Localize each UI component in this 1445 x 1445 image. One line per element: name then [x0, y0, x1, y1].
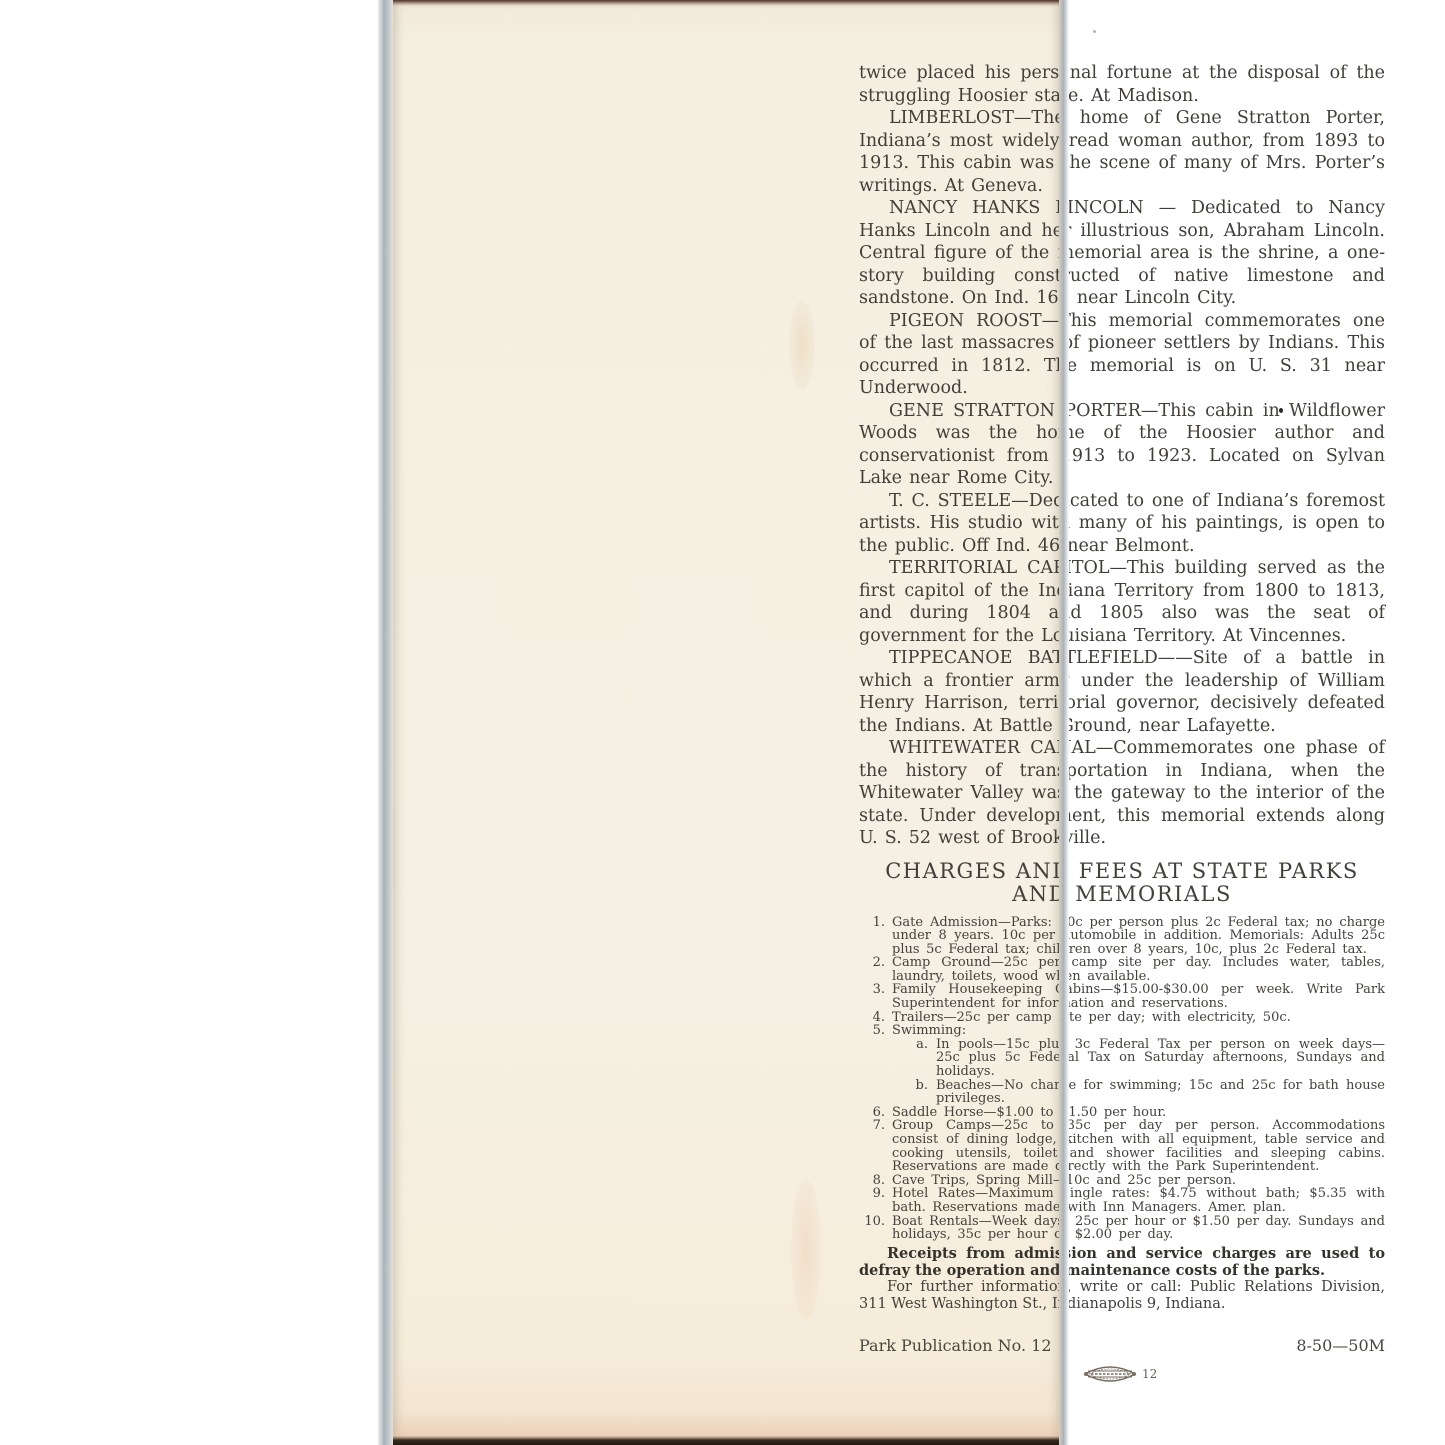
fee-item-text: Trailers—25c per camp site per day; with…: [892, 1011, 1385, 1025]
scan-speck: [1093, 30, 1096, 33]
document-page: twice placed his personal fortune at the…: [393, 0, 1059, 1445]
fee-subitem-pools: a. In pools—15c plus 3c Federal Tax per …: [914, 1038, 1385, 1079]
footer-print-code: 8-50—50M: [1296, 1336, 1385, 1355]
union-label-number: 12: [1142, 1367, 1157, 1381]
fee-item-housekeeping-cabins: 3. Family Housekeeping Cabins—$15.00-$30…: [864, 983, 1385, 1010]
fee-item-swimming: 5. Swimming:: [864, 1024, 1385, 1038]
fee-item-text: Family Housekeeping Cabins—$15.00-$30.00…: [892, 983, 1385, 1010]
memorial-paragraph: twice placed his personal fortune at the…: [859, 62, 1385, 107]
paper-top-edge: [393, 0, 1059, 6]
fee-item-text: Camp Ground—25c per camp site per day. I…: [892, 956, 1385, 983]
memorial-paragraph-whitewater-canal: WHITEWATER CANAL—Commemorates one phase …: [859, 737, 1385, 850]
memorial-paragraph-limberlost: LIMBERLOST—The home of Gene Stratton Por…: [859, 107, 1385, 197]
fee-item-hotel-rates: 9. Hotel Rates—Maximum single rates: $4.…: [864, 1187, 1385, 1214]
fee-item-text: Group Camps—25c to 35c per day per perso…: [892, 1119, 1385, 1173]
fee-subitem-letter: b.: [914, 1079, 936, 1106]
fees-heading: CHARGES AND FEES AT STATE PARKS AND MEMO…: [859, 860, 1385, 906]
paper-bottom-edge: [393, 1436, 1059, 1445]
fee-item-number: 7.: [864, 1119, 892, 1173]
fee-item-text: Gate Admission—Parks: 10c per person plu…: [892, 916, 1385, 957]
fee-item-number: 5.: [864, 1024, 892, 1038]
fee-item-group-camps: 7. Group Camps—25c to 35c per day per pe…: [864, 1119, 1385, 1173]
scanned-document-background: twice placed his personal fortune at the…: [0, 0, 1445, 1445]
receipts-note: Receipts from admission and service char…: [859, 1245, 1385, 1279]
memorial-paragraph-territorial-capitol: TERRITORIAL CAPITOL—This building served…: [859, 557, 1385, 647]
fee-item-number: 8.: [864, 1174, 892, 1188]
fee-subitem-text: Beaches—No charge for swimming; 15c and …: [936, 1079, 1385, 1106]
fee-item-text: Boat Rentals—Week days, 25c per hour or …: [892, 1215, 1385, 1242]
fee-item-camp-ground: 2. Camp Ground—25c per camp site per day…: [864, 956, 1385, 983]
fee-item-number: 6.: [864, 1106, 892, 1120]
scan-stain: [789, 300, 815, 390]
fees-heading-line2: AND MEMORIALS: [1012, 882, 1232, 906]
fee-item-text: Hotel Rates—Maximum single rates: $4.75 …: [892, 1187, 1385, 1214]
fee-item-number: 4.: [864, 1011, 892, 1025]
fee-item-number: 10.: [864, 1215, 892, 1242]
paper-right-shadow: [1059, 0, 1069, 1445]
paper-bottom-tint: [393, 1413, 1059, 1437]
memorial-paragraph-tc-steele: T. C. STEELE—Dedicated to one of Indiana…: [859, 490, 1385, 558]
fee-item-boat-rentals: 10. Boat Rentals—Week days, 25c per hour…: [864, 1215, 1385, 1242]
fee-subitem-beaches: b. Beaches—No charge for swimming; 15c a…: [914, 1079, 1385, 1106]
fee-item-number: 3.: [864, 983, 892, 1010]
memorial-paragraph-nancy-hanks-lincoln: NANCY HANKS LINCOLN — Dedicated to Nancy…: [859, 197, 1385, 310]
union-label-group: 12: [1083, 1362, 1157, 1386]
fee-list: 1. Gate Admission—Parks: 10c per person …: [864, 916, 1385, 1242]
fee-item-text: Saddle Horse—$1.00 to $1.50 per hour.: [892, 1106, 1385, 1120]
paper-left-shadow: [378, 0, 393, 1445]
scan-stain: [791, 1180, 821, 1320]
scan-speck: [1279, 408, 1283, 413]
fee-item-trailers: 4. Trailers—25c per camp site per day; w…: [864, 1011, 1385, 1025]
fees-heading-line1: CHARGES AND FEES AT STATE PARKS: [885, 859, 1359, 883]
union-printing-bug-icon: [1083, 1362, 1137, 1386]
footer-publication-number: Park Publication No. 12: [859, 1336, 1052, 1355]
fee-item-number: 2.: [864, 956, 892, 983]
further-info-note: For further information, write or call: …: [859, 1279, 1385, 1313]
fee-item-text: Swimming:: [892, 1024, 1385, 1038]
fee-item-gate-admission: 1. Gate Admission—Parks: 10c per person …: [864, 916, 1385, 957]
fee-item-cave-trips: 8. Cave Trips, Spring Mill—10c and 25c p…: [864, 1174, 1385, 1188]
fee-item-text: Cave Trips, Spring Mill—10c and 25c per …: [892, 1174, 1385, 1188]
memorial-paragraph-tippecanoe-battlefield: TIPPECANOE BATTLEFIELD——Site of a battle…: [859, 647, 1385, 737]
fee-subitem-letter: a.: [914, 1038, 936, 1079]
memorial-paragraph-gene-stratton-porter: GENE STRATTON PORTER—This cabin in Wildf…: [859, 400, 1385, 490]
memorial-paragraph-pigeon-roost: PIGEON ROOST—This memorial commemorates …: [859, 310, 1385, 400]
fee-item-number: 9.: [864, 1187, 892, 1214]
fee-subitem-text: In pools—15c plus 3c Federal Tax per per…: [936, 1038, 1385, 1079]
fee-item-saddle-horse: 6. Saddle Horse—$1.00 to $1.50 per hour.: [864, 1106, 1385, 1120]
footer-row: Park Publication No. 12 8-50—50M: [859, 1336, 1385, 1355]
page-content: twice placed his personal fortune at the…: [859, 62, 1385, 1313]
fee-item-number: 1.: [864, 916, 892, 957]
